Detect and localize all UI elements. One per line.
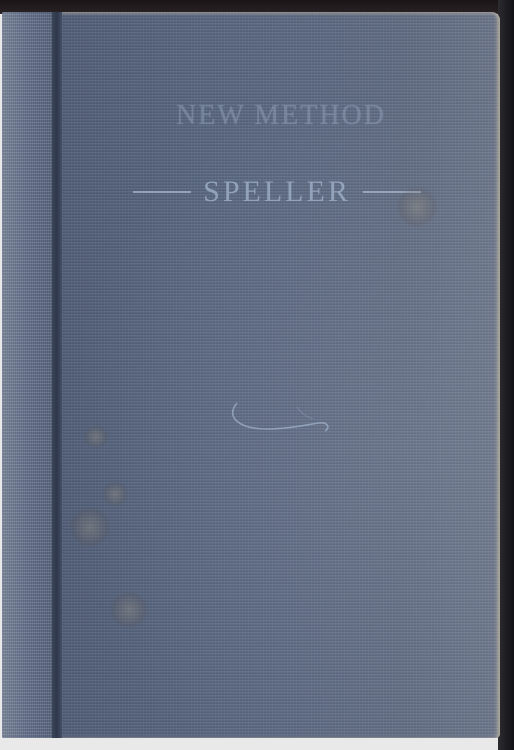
flourish-ornament-icon [227,397,337,442]
title-line-2-group: SPELLER [112,172,442,212]
background-shadow-right [498,0,514,750]
stain [70,507,110,547]
stain [102,482,128,506]
left-rule [133,191,191,193]
title-line-2: SPELLER [203,175,351,209]
stain [110,592,148,628]
book-cover: NEW METHOD SPELLER [2,12,500,738]
book-spine [2,12,52,738]
stain [82,427,110,447]
title-line-1: NEW METHOD [62,100,500,132]
book-hinge [52,12,62,738]
stain [397,187,437,227]
